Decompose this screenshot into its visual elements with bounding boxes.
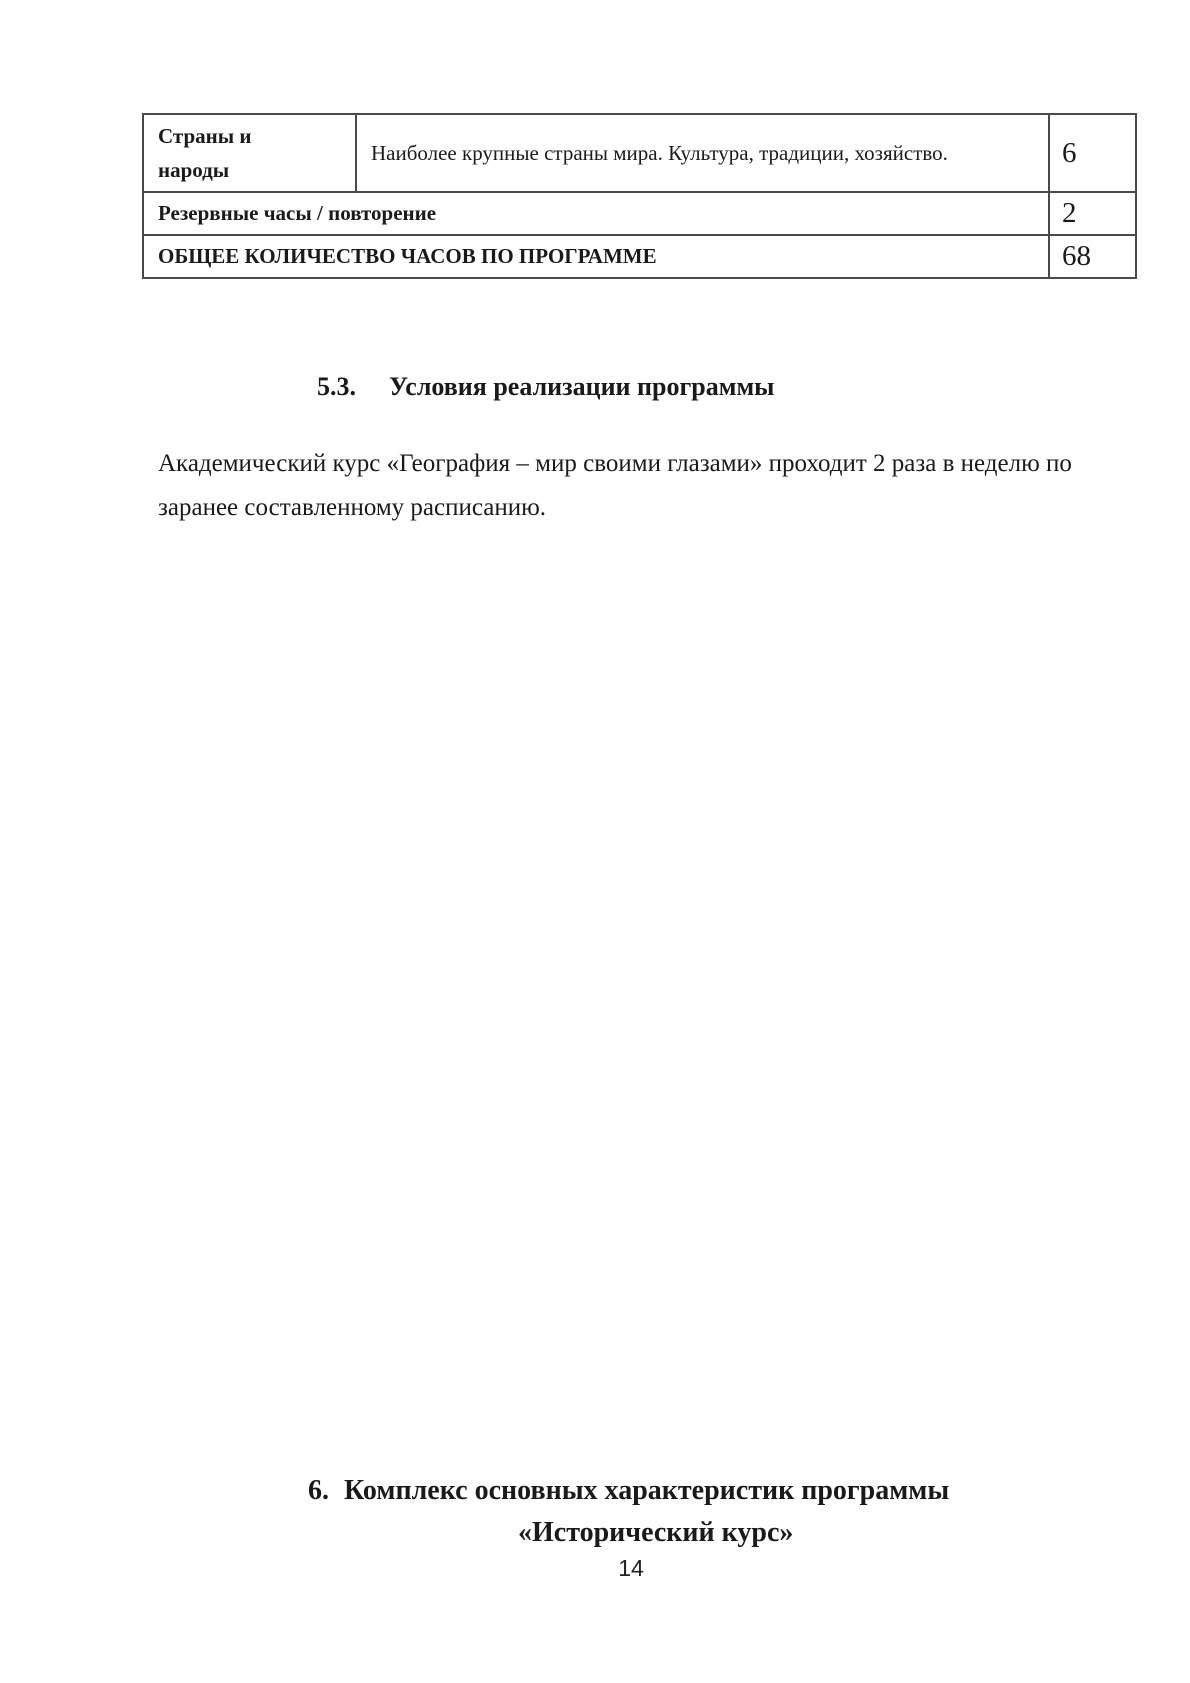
topic-description-cell: Наиболее крупные страны мира. Культура, …	[356, 114, 1049, 192]
topic-cell: Страны и народы	[143, 114, 356, 192]
paragraph-line-2: заранее составленному расписанию.	[158, 486, 1058, 530]
section-6-subtitle: «Исторический курс»	[518, 1516, 793, 1550]
hours-cell: 2	[1049, 192, 1136, 235]
hours-table: Страны и народы Наиболее крупные страны …	[142, 113, 1137, 279]
paragraph-line-1: Академический курс «География – мир свои…	[158, 442, 1058, 486]
section-number: 5.3.	[317, 372, 356, 401]
hours-cell: 6	[1049, 114, 1136, 192]
section-heading-6: 6.Комплекс основных характеристик програ…	[308, 1474, 949, 1508]
topic-line-2: народы	[158, 153, 347, 187]
hours-cell: 68	[1049, 235, 1136, 278]
topic-line-1: Страны и	[158, 119, 347, 153]
table-row-total: ОБЩЕЕ КОЛИЧЕСТВО ЧАСОВ ПО ПРОГРАММЕ 68	[143, 235, 1136, 278]
page-number: 14	[576, 1554, 686, 1582]
document-page: Страны и народы Наиболее крупные страны …	[0, 0, 1190, 1683]
section-6-title: Комплекс основных характеристик программ…	[344, 1475, 949, 1506]
table-row-reserve: Резервные часы / повторение 2	[143, 192, 1136, 235]
total-label-cell: ОБЩЕЕ КОЛИЧЕСТВО ЧАСОВ ПО ПРОГРАММЕ	[143, 235, 1049, 278]
section-heading-5-3: 5.3.Условия реализации программы	[317, 370, 774, 404]
table-row-topic: Страны и народы Наиболее крупные страны …	[143, 114, 1136, 192]
body-paragraph: Академический курс «География – мир свои…	[158, 442, 1058, 530]
section-6-number: 6.	[308, 1475, 329, 1506]
reserve-label-cell: Резервные часы / повторение	[143, 192, 1049, 235]
section-title: Условия реализации программы	[389, 372, 774, 401]
